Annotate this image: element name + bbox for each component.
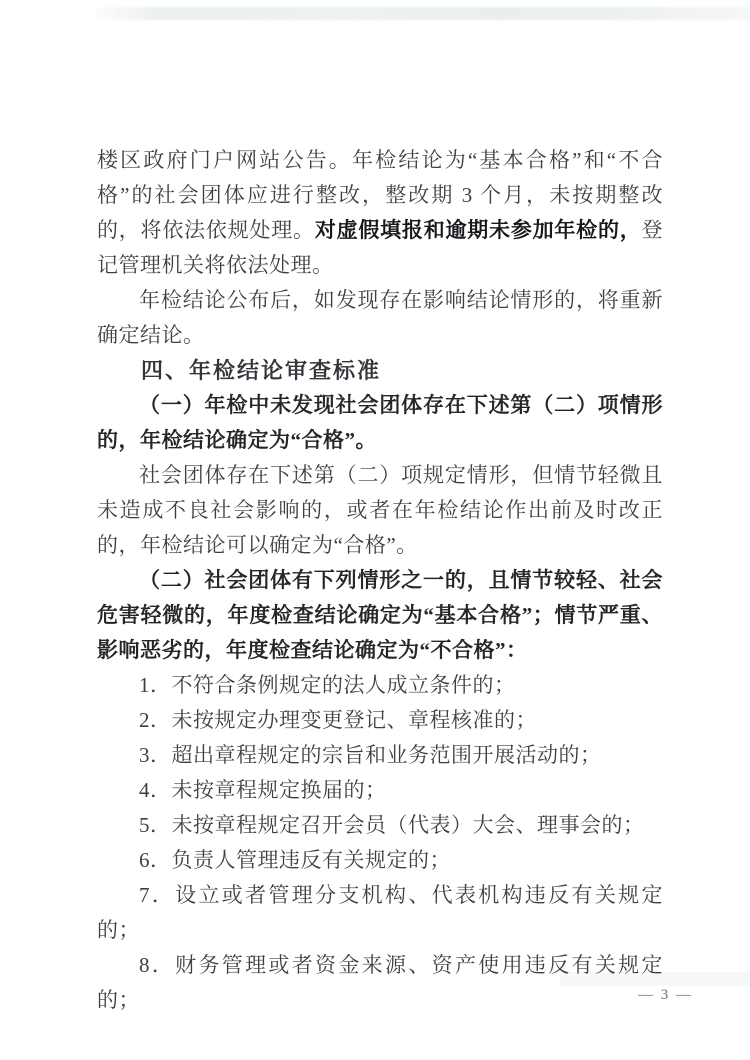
section-heading: 四、年检结论审查标准 xyxy=(97,353,663,388)
list-item: 4．未按章程规定换届的； xyxy=(97,773,663,808)
list-item: 8．财务管理或者资金来源、资产使用违反有关规定的； xyxy=(97,948,663,1018)
clause-item-2: （二）社会团体有下列情形之一的，且情节较轻、社会危害轻微的，年度检查结论确定为“… xyxy=(97,563,663,668)
document-body: 楼区政府门户网站公告。年检结论为“基本合格”和“不合格”的社会团体应进行整改，整… xyxy=(97,143,663,1018)
list-item: 2．未按规定办理变更登记、章程核准的； xyxy=(97,703,663,738)
list-item: 3．超出章程规定的宗旨和业务范围开展活动的； xyxy=(97,738,663,773)
list-item: 1．不符合条例规定的法人成立条件的； xyxy=(97,668,663,703)
page-number: — 3 — xyxy=(638,985,693,1005)
paragraph: 年检结论公布后，如发现存在影响结论情形的，将重新确定结论。 xyxy=(97,283,663,353)
paragraph-continued: 楼区政府门户网站公告。年检结论为“基本合格”和“不合格”的社会团体应进行整改，整… xyxy=(97,143,663,283)
paragraph-bold-text: 对虚假填报和逾期未参加年检的， xyxy=(315,218,642,242)
clause-item-1: （一）年检中未发现社会团体存在下述第（二）项情形的，年检结论确定为“合格”。 xyxy=(97,388,663,458)
scan-artifact xyxy=(95,7,750,20)
list-item: 5．未按章程规定召开会员（代表）大会、理事会的； xyxy=(97,808,663,843)
paragraph: 社会团体存在下述第（二）项规定情形，但情节轻微且未造成不良社会影响的，或者在年检… xyxy=(97,458,663,563)
list-item: 6．负责人管理违反有关规定的； xyxy=(97,843,663,878)
list-item: 7．设立或者管理分支机构、代表机构违反有关规定的； xyxy=(97,878,663,948)
